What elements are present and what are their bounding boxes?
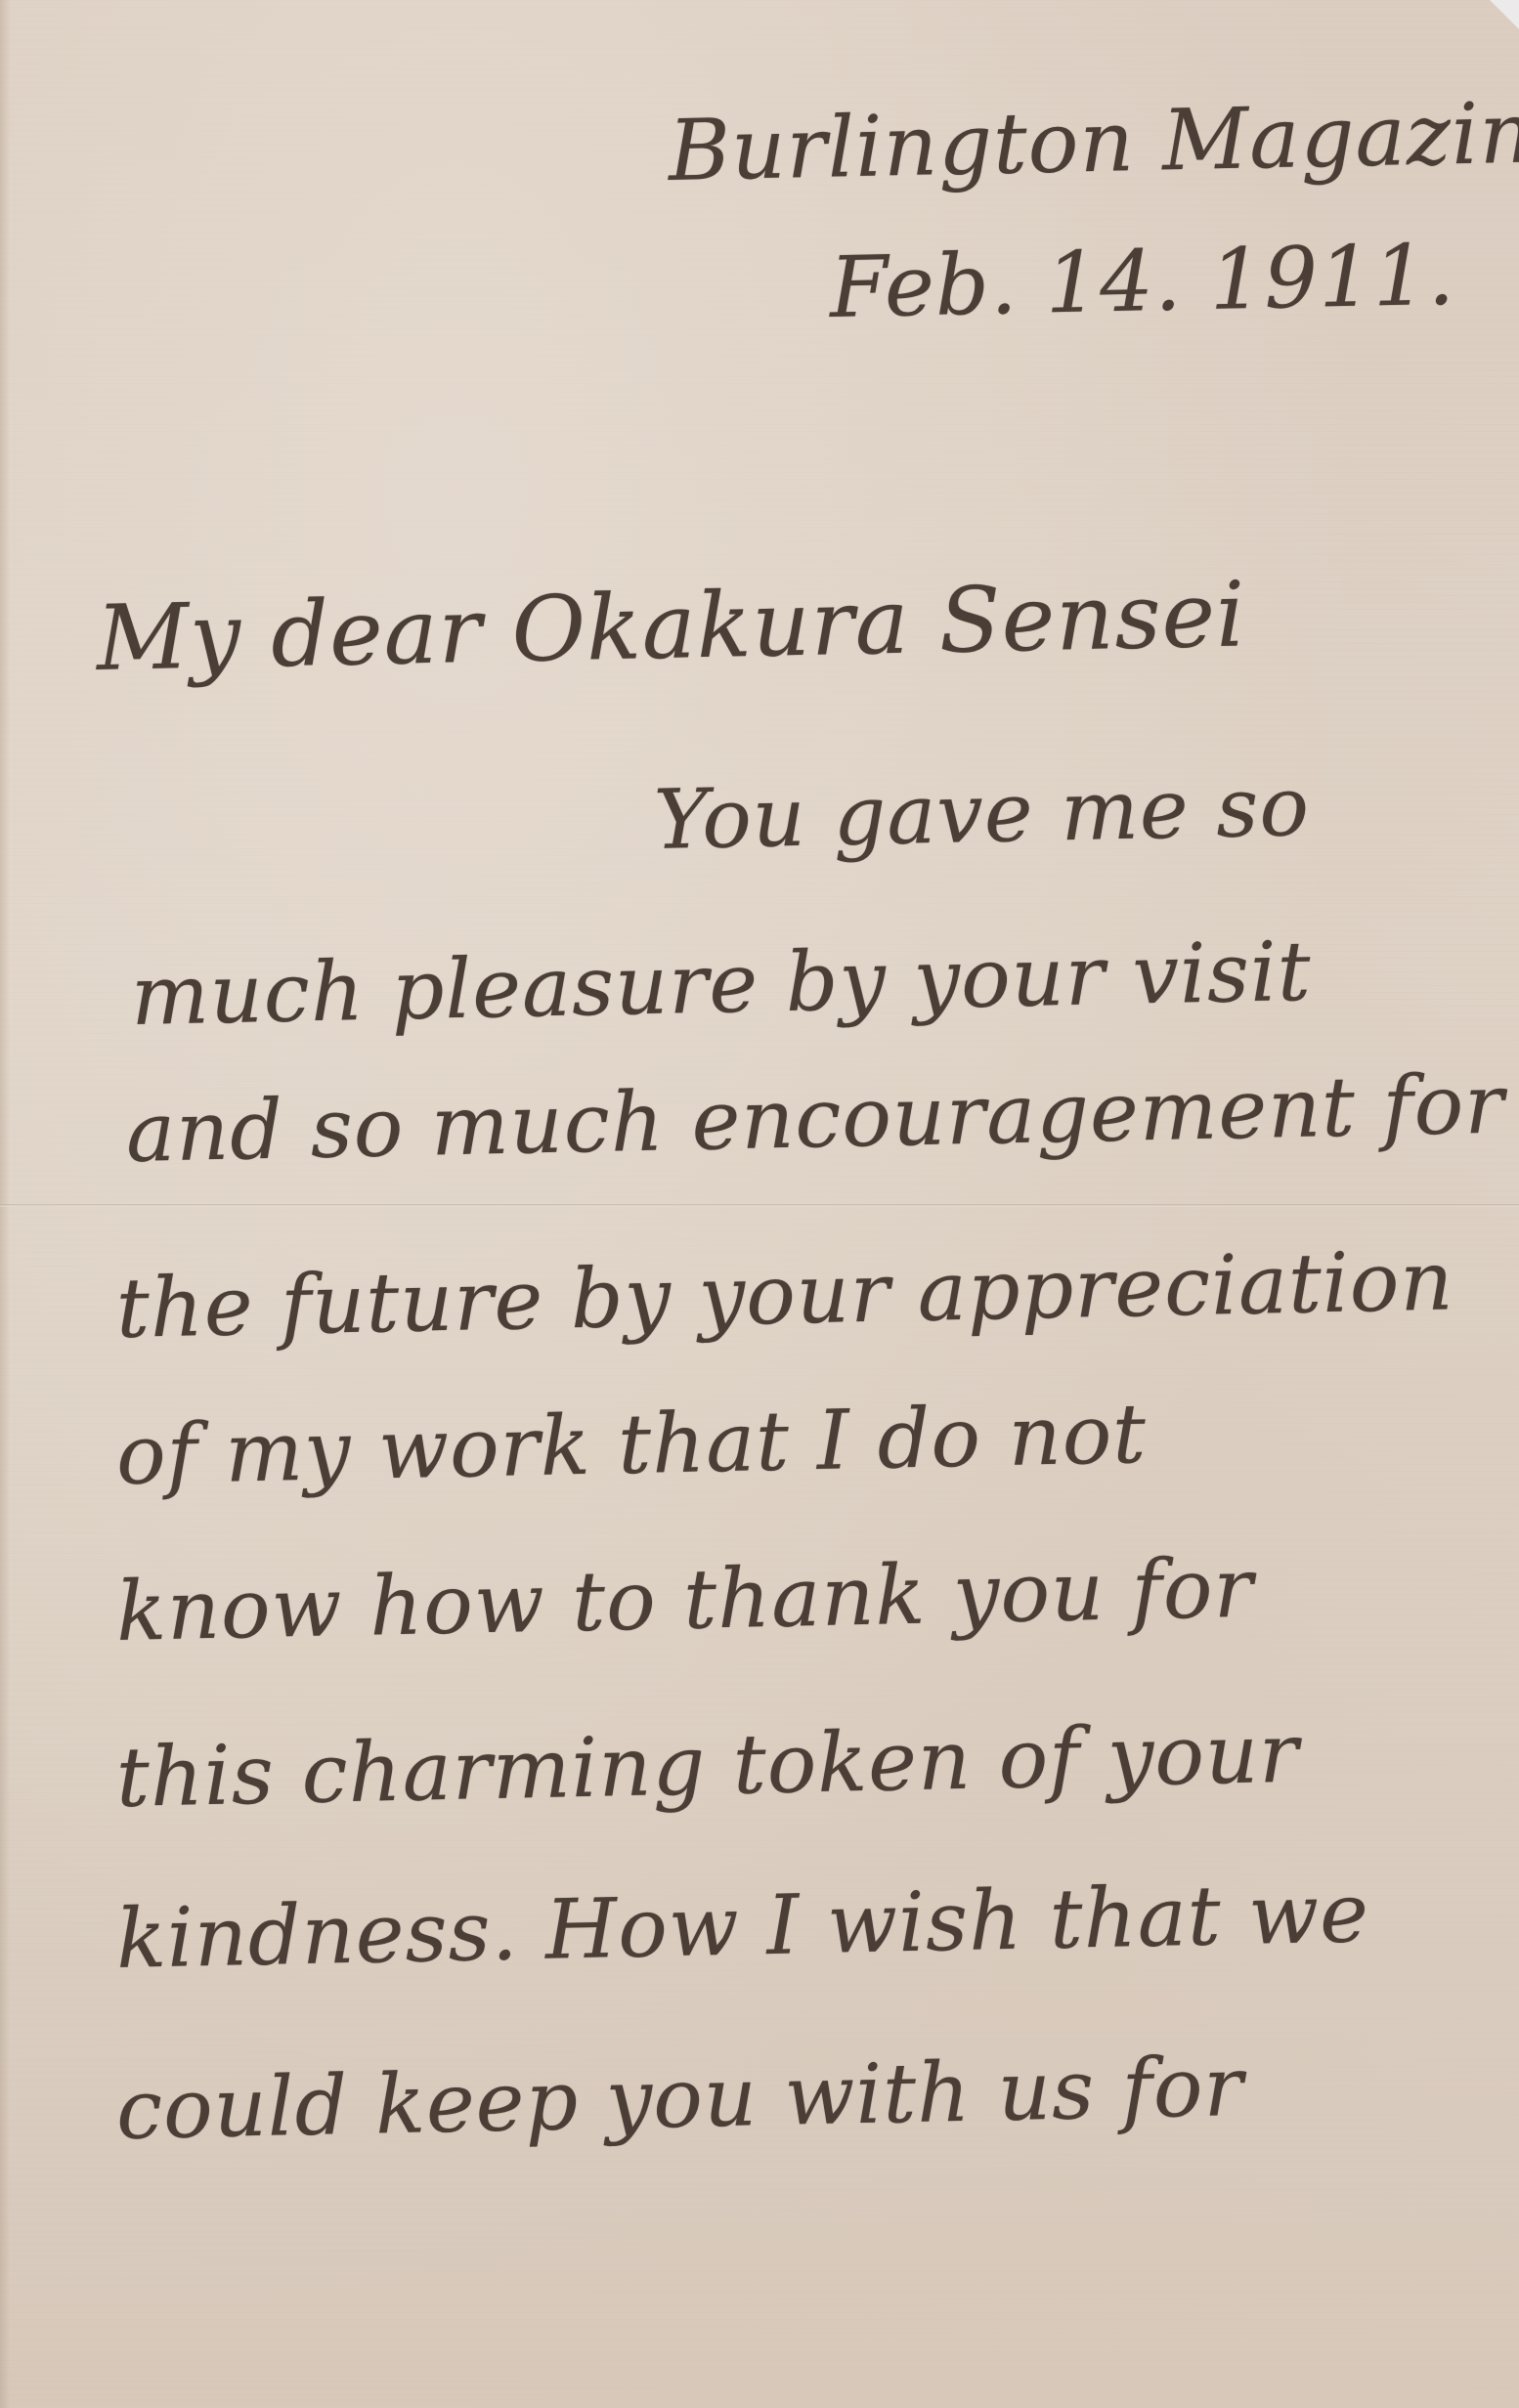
letter-body-line: kindness. How I wish that we [115,1865,1370,1987]
letter-body-line: this charming token of your [115,1705,1300,1826]
letter-body-line: the future by your appreciation [115,1232,1454,1356]
letter-body-line: You gave me so [653,758,1311,868]
letter-body-line: of my work that I do not [115,1386,1148,1503]
letter-page: Burlington Magazine Feb. 14. 1911. My de… [0,0,1519,2408]
letter-salutation: My dear Okakura Sensei [96,562,1247,691]
letter-body-line: could keep you with us for [115,2039,1245,2158]
letter-header-place: Burlington Magazine [668,83,1519,200]
letter-body-line: know how to thank you for [115,1540,1255,1659]
letter-header-date: Feb. 14. 1911. [829,227,1456,337]
letter-body-line: and so much encouragement for [125,1055,1505,1181]
paper-corner-background [1490,0,1519,29]
paper-fold-crease [0,1204,1519,1207]
letter-body-line: much pleasure by your visit [130,924,1313,1044]
